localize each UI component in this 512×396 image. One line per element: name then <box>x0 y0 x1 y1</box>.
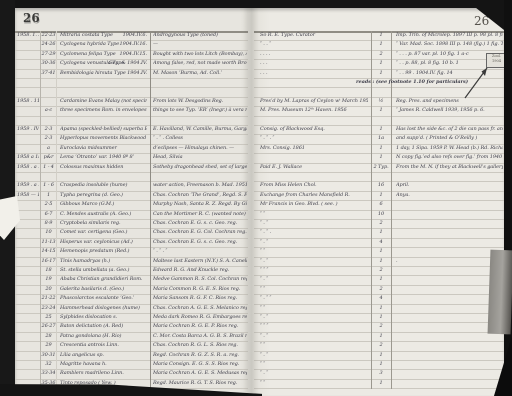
cell-desc: Maria Consign. E. G. S. S. Rios reg. <box>153 361 247 368</box>
cell-pres: From Miss Helen Chol. <box>260 182 368 189</box>
cell-n: 26-27 <box>41 323 56 330</box>
cell-name: Galerita basilaris d. (Geo.) <box>60 286 147 293</box>
cell-desc: Chas. Cochran A. G. E. S. Melanico reg. <box>153 305 247 312</box>
ruled-line <box>254 388 504 389</box>
cell-q: 1 <box>372 258 390 265</box>
cell-n: 14-15 <box>41 248 56 255</box>
cell-name: Hemenopis predatum (Red.) <box>60 248 147 255</box>
cell-rem: and supp’d. ( Printed & O’Reilly ) <box>396 135 503 142</box>
cell-q: 1 <box>372 380 390 387</box>
cell-q: 2 <box>372 323 390 330</box>
cell-pres: ″ ″ <box>260 342 368 349</box>
cell-pres: So R. E. Type. Curator <box>260 32 368 39</box>
cell-desc: Regd. Cochran R. G. Z. S. R. a. reg. <box>153 352 247 359</box>
cell-pres: ″ . ″ <box>260 370 368 377</box>
cell-rem: . <box>396 258 503 265</box>
cell-name: Patna gondolana (H. Rio) <box>60 333 147 340</box>
ledger-row: 14-15Hemenopis predatum (Red.)″ . ″ . ″″… <box>15 247 505 256</box>
cell-name: Apama (speckled-bellied) superba Blevins… <box>60 126 147 133</box>
cell-n: 21-22 <box>41 295 56 302</box>
cell-desc: E. Havilland, W. Camille, Burma, Gargant… <box>153 126 247 133</box>
cell-desc: C. Mor. Costa Barca A. G. B. S. Brazil r… <box>153 333 247 340</box>
cell-n: 28 <box>41 333 56 340</box>
cell-rem: N copy fig.’ed also refs over fig.’ from… <box>396 154 503 161</box>
cell-name: Comet var. certigena (Geo.) <box>60 229 147 236</box>
cell-n: 1 - 4 <box>41 164 56 171</box>
cell-name: Lema ‘Otranto’ var. 1940 8º 8’ <box>60 154 147 161</box>
cell-pres: ″ ″ ″ <box>260 323 368 330</box>
ledger-row: 28Patna gondolana (H. Rio)C. Mor. Costa … <box>15 332 505 341</box>
cell-name: Hisperus var. ceylonicus (Ad.) <box>60 239 147 246</box>
cell-desc: Bought with two lots Litch (Bombay), Ad.… <box>153 51 247 58</box>
ledger-scan: 26 26 1958. 1. 21.22-23Mitraria costata … <box>0 0 512 396</box>
ledger-row: 1958 a 18p&rLema ‘Otranto’ var. 1940 8º … <box>15 153 505 162</box>
ledger-row: 23-24Hammerhead dislogenes (hume)Chas. C… <box>15 304 505 313</box>
cell-name: Cardamine Evans Malay (not specimen) <box>60 98 147 105</box>
cell-pres: ″ . ″ <box>260 220 368 227</box>
cell-n: 1 <box>41 192 56 199</box>
cell-desc: Can the Mortimer R. C. (wanted note) p. … <box>153 211 247 218</box>
cell-nr: Gen. & 1904.IV. <box>103 60 147 67</box>
cell-desc: ″ . ″ . ″ <box>153 248 247 255</box>
cell-pres: ″ . . ″ <box>260 41 368 48</box>
ledger-row <box>15 87 505 96</box>
cell-pres: ″ ″ <box>260 248 368 255</box>
cell-d: 1958 . a . 1. <box>17 164 39 171</box>
ledger-row: 30-36Cyclogena venustula TypeGen. & 1904… <box>15 59 505 68</box>
cell-rem: Anya. <box>396 192 503 199</box>
ledger-row: 16-17Tinis hamadryas (h.)Maltese last Ea… <box>15 257 505 266</box>
cell-pres: Exchange from Charles Mansfield R. <box>260 192 368 199</box>
cell-q: 1 <box>372 352 390 359</box>
cell-q: 1 <box>372 32 390 39</box>
cell-desc: Maltese last Eastern (N.Y.) S. A. Canell… <box>153 258 247 265</box>
cell-pres: ″ ″ <box>260 211 368 218</box>
cell-name: Tinis hamadryas (h.) <box>60 258 147 265</box>
cell-n: 19 <box>41 276 56 283</box>
ledger-row: 1958 . 11 . 1Cardamine Evans Malay (not … <box>15 97 505 106</box>
cell-desc: Chas. Cochran R. G. L. S. Rios reg. <box>153 342 247 349</box>
cell-desc: Head, Silvia <box>153 154 247 161</box>
cell-rem: 1 day, 1 Sipa. 1959 P. W. Head (b.) Rd. … <box>396 145 503 152</box>
cell-pres: ″ . ″ <box>260 276 368 283</box>
ledger-row <box>15 172 505 181</box>
cell-name: C. Mendes australis (A. Geo.) <box>60 211 147 218</box>
ledger-row: 1959 . a . 8.1 - 6Craspedia insoluble (h… <box>15 181 505 190</box>
cell-q: 1 <box>372 126 390 133</box>
cell-pres: ″ ″ <box>260 380 368 387</box>
cell-q: 6 <box>372 201 390 208</box>
cell-q: 1 <box>372 41 390 48</box>
cell-nr: 1904.IV. <box>103 70 147 77</box>
cell-name: Craspedia insoluble (hume) <box>60 182 147 189</box>
cell-name: Magritte havana h. <box>60 361 147 368</box>
cell-q: 2 Typ. <box>372 164 390 171</box>
cell-pres: Mr Francis in Geo. Blvd. ( see. ) <box>260 201 368 208</box>
cell-n: 24-26 <box>41 41 56 48</box>
cell-q: 2 <box>372 286 390 293</box>
cell-name: Euroclavia midsummer <box>60 145 147 152</box>
cell-rem: April. <box>396 182 503 189</box>
cell-desc: From lots W. Desgodins Reg. <box>153 98 247 105</box>
cell-pres: ″ ″ ″ <box>260 267 368 274</box>
cell-desc: Chas. Cochran E. G. Col. Cochran reg. <box>153 229 247 236</box>
cell-pres: ″ . ″ . ″ <box>260 135 368 142</box>
cell-pres: ″ ″ <box>260 305 368 312</box>
ledger-row <box>15 116 505 125</box>
ledger-row: 24-26Cyclogena hybrida Type1904.IV.16.—″… <box>15 40 505 49</box>
cell-d: 1958 . 11 . 1 <box>17 98 39 105</box>
cell-q: 1 <box>372 333 390 340</box>
cell-name: Hyperlopus movements Blackwood Hodges, s… <box>60 135 147 142</box>
cell-desc: Among false, red, not made worth Brown c… <box>153 60 247 67</box>
cell-q: 2 <box>372 267 390 274</box>
cell-nr: 1904.IV.15. <box>103 51 147 58</box>
cell-name: Cryptobela similaris reg. <box>60 220 147 227</box>
cell-n: 27-29 <box>41 51 56 58</box>
ledger-row: 27-29Cyclomena felipa Type1904.IV.15.Bou… <box>15 50 505 59</box>
cell-pres: ″ ″ <box>260 361 368 368</box>
cell-n: 2-3 <box>41 135 56 142</box>
ledger-row: 6-7C. Mendes australis (A. Geo.)Can the … <box>15 210 505 219</box>
cell-desc: Androgynous Type (toned) <box>153 32 247 39</box>
cell-name: Gibbous Marco (G.M.) <box>60 201 147 208</box>
cell-n: 32 <box>41 361 56 368</box>
cell-desc: — <box>153 41 247 48</box>
cell-desc: ″ . ″ . Colless <box>153 135 247 142</box>
ledger-row: 25Sylphides dislocation s.Meda dark Rome… <box>15 313 505 322</box>
cell-n: 30-31 <box>41 352 56 359</box>
annotation-arrow-icon <box>461 60 495 102</box>
cell-pres: ″ ″ <box>260 286 368 293</box>
cell-n: 33-34 <box>41 370 56 377</box>
cell-name: Crescentia antrois Linn. <box>60 342 147 349</box>
cell-n: 1 - 6 <box>41 182 56 189</box>
cell-pres: Pres’d by M. Lapras of Ceylon wᵗ March 1… <box>260 98 368 105</box>
cell-q: 1 <box>372 229 390 236</box>
ledger-row: a-cthree specimens Rom. in envelopes’thi… <box>15 106 505 115</box>
cell-name: Baton delictation (A. Red) <box>60 323 147 330</box>
cell-rem: Has lost the side &c. of 2 die can pass … <box>396 126 503 133</box>
ledger-row: 2-5Gibbous Marco (G.M.)Murphy Nash, Sant… <box>15 200 505 209</box>
cell-n: 29 <box>41 342 56 349</box>
ledger-row: 8-9Cryptobela similaris reg.Chas. Cochra… <box>15 219 505 228</box>
page-number-left: 26 <box>23 11 40 25</box>
cell-q: 16 <box>372 182 390 189</box>
cell-q: 1 <box>372 305 390 312</box>
ledger-row: 1958 . a . 1.1 - 4Colossus maximus hidde… <box>15 163 505 172</box>
ledger-row: 10Comet var. certigena (Geo.)Chas. Cochr… <box>15 228 505 237</box>
cell-desc: Chas. Cochran E. G. s. c. Geo. reg. <box>153 220 247 227</box>
cell-n: 16-17 <box>41 258 56 265</box>
cell-d: 1959 . a . 8. <box>17 182 39 189</box>
cell-desc: Maria Sansom R. G. F. C. Rios reg. <box>153 295 247 302</box>
cell-n: 22-23 <box>41 32 56 39</box>
cell-q: 1 <box>372 276 390 283</box>
cell-pres: M. Pres. Museum 12ᵗʰ Haven. 1956 <box>260 107 368 114</box>
cell-pres: . . . <box>260 60 368 67</box>
cell-name: Lilia angelicus sp. <box>60 352 147 359</box>
cell-pres: ″ . ″ <box>260 239 368 246</box>
cell-n: p&r <box>41 154 56 161</box>
cell-q: 1 <box>372 107 390 114</box>
cell-pres: . . . <box>260 70 368 77</box>
cell-pres: Mrs. Consig. 1861 <box>260 145 368 152</box>
cell-pres: . . . . <box>260 51 368 58</box>
book-clip <box>488 250 512 335</box>
cell-q: 10 <box>372 211 390 218</box>
cell-name: St. stella umbellata (a. Geo.) <box>60 267 147 274</box>
ledger-row: 29Crescentia antrois Linn.Chas. Cochran … <box>15 341 505 350</box>
cell-nr: 1904.IV.6. <box>103 32 147 39</box>
cell-rem: From the M. N. if they at Blackwell’s ga… <box>396 164 503 171</box>
cell-pres: ″ . ″ <box>260 352 368 359</box>
ledger-row: 11-13Hisperus var. ceylonicus (Ad.)Chas.… <box>15 238 505 247</box>
cell-q: 1 <box>372 361 390 368</box>
cell-desc: Sotheby dragonhead shed, set of large he… <box>153 164 247 171</box>
ledger-row: 20Galerita basilaris d. (Geo.)Maria Comm… <box>15 285 505 294</box>
cell-pres: Paid E. J. Wallace <box>260 164 368 171</box>
cell-pres: ″ . ″ <box>260 314 368 321</box>
cell-n: 23-24 <box>41 305 56 312</box>
cell-desc: Medve Gammon R. S. Col. Cochran reg. <box>153 276 247 283</box>
cell-q: ½ <box>372 98 390 105</box>
cell-n: 6-7 <box>41 211 56 218</box>
cell-desc: M. Mason ‘Burma, Ad. Coll.’ <box>153 70 247 77</box>
cell-desc: Regd. Maurice R. G. T. S. Rios reg. <box>153 380 247 387</box>
scan-edge-right <box>504 0 512 396</box>
cell-d: 1958. 1. 21. <box>17 32 39 39</box>
cell-d: 1958 — 11 <box>17 192 39 199</box>
ledger-row: 2-3Hyperlopus movements Blackwood Hodges… <box>15 134 505 143</box>
cell-n: 18 <box>41 267 56 274</box>
cell-desc: Murphy Nash, Santa R. Z. Regd. By Gibbou… <box>153 201 247 208</box>
cell-q: 1 <box>372 145 390 152</box>
cell-desc: Maria Cochran A. G. E. S. Medusas reg. <box>153 370 247 377</box>
cell-name: Hammerhead dislogenes (hume) <box>60 305 147 312</box>
ledger-row: 33-34Ramblers madrileno Linn.Maria Cochr… <box>15 369 505 378</box>
cell-q: 2 <box>372 51 390 58</box>
cell-q: 4 <box>372 295 390 302</box>
cell-rem: Imp. Trin. of Microlep. 1897 III p. 98 p… <box>396 32 503 39</box>
cell-n: a-c <box>41 107 56 114</box>
cell-rem: ″ James R. Caldwell 1939, 1956 p. 6. <box>396 107 503 114</box>
cell-desc: d’eclipses — Himalaya chinen. — <box>153 145 247 152</box>
ledger-spread: 26 26 1958. 1. 21.22-23Mitraria costata … <box>15 8 505 396</box>
ledger-row: 32Magritte havana h.Maria Consign. E. G.… <box>15 360 505 369</box>
cell-name: Sylphides dislocation s. <box>60 314 147 321</box>
cell-rem: ″ Var. Mad. Soc. 1898 III p. 148 (fig.) … <box>396 41 503 48</box>
cell-pres: ″ . ″ . <box>260 229 368 236</box>
cell-q: 1 <box>372 192 390 199</box>
cell-name: Ababa Christian grandidieri Rom. <box>60 276 147 283</box>
cell-n: 2-5 <box>41 201 56 208</box>
cell-n: 8-9 <box>41 220 56 227</box>
cell-n: 20 <box>41 286 56 293</box>
scan-edge-top <box>0 0 512 8</box>
cell-n: 25 <box>41 314 56 321</box>
ledger-row: reads : (see footnote 1.10 for particula… <box>15 78 505 87</box>
cell-desc: Chas. Cochran ‘The Grand’, Regd. S. P. G… <box>153 192 247 199</box>
cell-name: Ramblers madrileno Linn. <box>60 370 147 377</box>
cell-q: 1 <box>372 154 390 161</box>
cell-name: Phascolarctos escalante ‘Geo.’ <box>60 295 147 302</box>
ledger-row: 1958 — 111Typha peregrina (d. Geo.)Chas.… <box>15 191 505 200</box>
ledger-row: 37-41Bembidologia hirsuta Type1904.IV.M.… <box>15 69 505 78</box>
cell-desc: Maria Cochran R. G. E. P. Rios reg. <box>153 323 247 330</box>
cell-name: Typha peregrina (d. Geo.) <box>60 192 147 199</box>
cell-name: Colossus maximus hidden <box>60 164 147 171</box>
cell-d: 1959 . IV . 4. <box>17 126 39 133</box>
cell-q: 1 <box>372 60 390 67</box>
cell-n: 11-13 <box>41 239 56 246</box>
cell-pres: ″ . ″ <box>260 258 368 265</box>
cell-desc: Maria Common R. G. E. S. Rios reg. <box>153 286 247 293</box>
ledger-row: 19Ababa Christian grandidieri Rom.Medve … <box>15 275 505 284</box>
cell-n: a <box>41 145 56 152</box>
cell-desc: Chas. Cochran E. G. s. c. Geo. reg. <box>153 239 247 246</box>
cell-pres: ″ . ″ <box>260 333 368 340</box>
cell-desc: things to see Typ. ‘ER’ (Inegr.) à vera … <box>153 107 247 114</box>
cell-pres: ″ . ″ ″ <box>260 295 368 302</box>
cell-name: three specimens Rom. in envelopes’ <box>60 107 147 114</box>
cell-desc: water action, Freemason b. Mad. 1951 <box>153 182 247 189</box>
ledger-row: 30-31Lilia angelicus sp.Regd. Cochran R.… <box>15 351 505 360</box>
cell-q: 2 <box>372 220 390 227</box>
cell-q: 3 <box>372 370 390 377</box>
cell-d: 1958 a 18 <box>17 154 39 161</box>
ledger-row: 1958. 1. 21.22-23Mitraria costata Type19… <box>15 31 505 40</box>
ledger-row: 1959 . IV . 4.2-3Apama (speckled-bellied… <box>15 125 505 134</box>
cell-desc: Meda dark Romeo R. G. Embargoes reg. <box>153 314 247 321</box>
cell-q: 1 <box>372 248 390 255</box>
cell-pres: Consig. of Blackwood Esq. <box>260 126 368 133</box>
cell-n: 10 <box>41 229 56 236</box>
cell-nr: 1904.IV.16. <box>103 41 147 48</box>
ledger-row: 21-22Phascolarctos escalante ‘Geo.’Maria… <box>15 294 505 303</box>
cell-q: 1 <box>372 314 390 321</box>
cell-desc: Edward R. G. And Knuckle reg. <box>153 267 247 274</box>
cell-n: 2-3 <box>41 126 56 133</box>
cell-q: 1a <box>372 135 390 142</box>
cell-n: 37-41 <box>41 70 56 77</box>
ledger-row: aEuroclavia midsummerd’eclipses — Himala… <box>15 144 505 153</box>
ledger-row: 18St. stella umbellata (a. Geo.)Edward R… <box>15 266 505 275</box>
cell-q: 1 <box>372 70 390 77</box>
cell-q: 4 <box>372 239 390 246</box>
ledger-row: 26-27Baton delictation (A. Red)Maria Coc… <box>15 322 505 331</box>
cell-q: 2 <box>372 342 390 349</box>
cell-n: 30-36 <box>41 60 56 67</box>
